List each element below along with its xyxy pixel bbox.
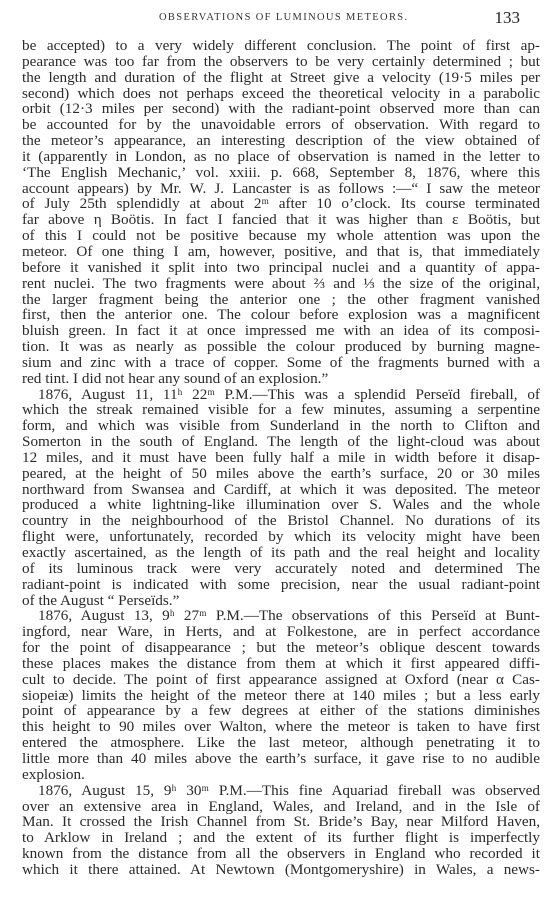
text-line: little more than 40 miles above the eart… bbox=[22, 751, 540, 767]
paragraph-start-line: 1876, August 13, 9ʰ 27ᵐ P.M.—The observa… bbox=[22, 608, 540, 624]
text-line: these places makes the distance from the… bbox=[22, 656, 540, 672]
text-line: tion. It was as nearly as possible the c… bbox=[22, 339, 540, 355]
text-line: bluish green. In fact it at once impress… bbox=[22, 323, 540, 339]
text-line: 12 miles, and it must have been fully ha… bbox=[22, 450, 540, 466]
text-line: far above η Boötis. In fact I fancied th… bbox=[22, 212, 540, 228]
text-line: point of appearance by a few degrees at … bbox=[22, 703, 540, 719]
text-line: to Arklow in Ireland ; and the extent of… bbox=[22, 830, 540, 846]
text-line: the meteor’s appearance, an interesting … bbox=[22, 133, 540, 149]
text-line: orbit (12·3 miles per second) with the r… bbox=[22, 101, 540, 117]
text-line: which the streak remained visible for a … bbox=[22, 402, 540, 418]
text-line: second) which does not perhaps exceed th… bbox=[22, 86, 540, 102]
text-line: radiant-point is indicated with some pre… bbox=[22, 577, 540, 593]
text-line: ingford, near Ware, in Herts, and at Fol… bbox=[22, 624, 540, 640]
text-line: Man. It crossed the Irish Channel from S… bbox=[22, 814, 540, 830]
text-line: account appears) by Mr. W. J. Lancaster … bbox=[22, 181, 540, 197]
text-line: exactly ascertained, as the length of it… bbox=[22, 545, 540, 561]
text-line: cult to decide. The point of first appea… bbox=[22, 672, 540, 688]
running-head: Observations of Luminous Meteors. 133 bbox=[22, 8, 540, 26]
text-line: explosion. bbox=[22, 767, 540, 783]
text-line: be accepted) to a very widely different … bbox=[22, 38, 540, 54]
text-line: produced a white lightning-like illumina… bbox=[22, 497, 540, 513]
text-line: rent nuclei. The two fragments were abou… bbox=[22, 276, 540, 292]
text-line: Somerton in the south of England. The le… bbox=[22, 434, 540, 450]
text-line: peared, at the height of 50 miles above … bbox=[22, 466, 540, 482]
text-line: of this I could not be positive because … bbox=[22, 228, 540, 244]
page-number: 133 bbox=[495, 8, 521, 28]
text-line: country in the neighbourhood of the Bris… bbox=[22, 513, 540, 529]
text-line: of July 25th splendidly at about 2ᵐ afte… bbox=[22, 196, 540, 212]
text-line: meteor. Of one thing I am, however, posi… bbox=[22, 244, 540, 260]
text-line: red tint. I did not hear any sound of an… bbox=[22, 371, 540, 387]
text-line: it (apparently in London, as no place of… bbox=[22, 149, 540, 165]
paragraph-start-line: 1876, August 11, 11ʰ 22ᵐ P.M.—This was a… bbox=[22, 387, 540, 403]
text-line: of its luminous track were very accurate… bbox=[22, 561, 540, 577]
body-text: be accepted) to a very widely different … bbox=[22, 38, 540, 878]
text-line: ‘The English Mechanic,’ vol. xxiii. p. 6… bbox=[22, 165, 540, 181]
text-line: first, then the anterior one. The colour… bbox=[22, 307, 540, 323]
paragraph-start-line: 1876, August 15, 9ʰ 30ᵐ P.M.—This fine A… bbox=[22, 783, 540, 799]
text-line: entered the atmosphere. Like the last me… bbox=[22, 735, 540, 751]
text-line: flight were, unfortunately, recorded by … bbox=[22, 529, 540, 545]
text-line: of the August “ Perseïds.” bbox=[22, 593, 540, 609]
text-line: northward from Swansea and Cardiff, at w… bbox=[22, 482, 540, 498]
text-line: sium and zinc with a trace of copper. So… bbox=[22, 355, 540, 371]
text-line: before it vanished it split into two pri… bbox=[22, 260, 540, 276]
text-line: pearance was too far from the observers … bbox=[22, 54, 540, 70]
text-line: this height to 90 miles over Walton, whe… bbox=[22, 719, 540, 735]
book-page: Observations of Luminous Meteors. 133 be… bbox=[0, 0, 550, 900]
text-line: which it there attained. At Newtown (Mon… bbox=[22, 862, 540, 878]
text-line: known from the distance from all the obs… bbox=[22, 846, 540, 862]
text-line: be accounted for by the unavoidable erro… bbox=[22, 117, 540, 133]
text-line: form, and which was visible from Sunderl… bbox=[22, 418, 540, 434]
text-line: for the point of disappearance ; but the… bbox=[22, 640, 540, 656]
running-title: Observations of Luminous Meteors. bbox=[159, 12, 408, 23]
text-line: the larger fragment being the anterior o… bbox=[22, 292, 540, 308]
text-line: over an extensive area in England, Wales… bbox=[22, 799, 540, 815]
text-line: the length and duration of the flight at… bbox=[22, 70, 540, 86]
text-line: siopeiæ) limits the height of the meteor… bbox=[22, 688, 540, 704]
